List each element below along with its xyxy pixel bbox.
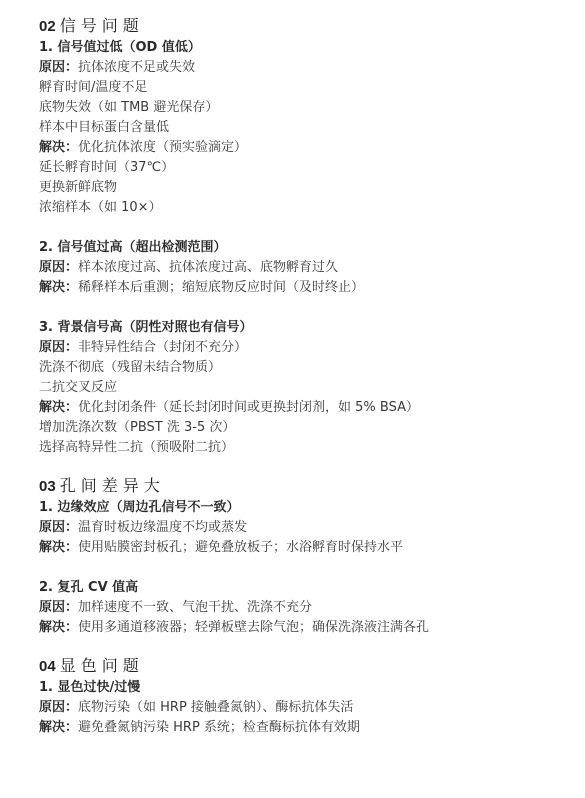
solution-label: 解决： — [39, 280, 78, 295]
cause-line: 原因：样本浓度过高、抗体浓度过高、底物孵育过久 — [39, 258, 585, 278]
cause-line: 原因：温育时板边缘温度不均或蒸发 — [39, 518, 585, 538]
spacer — [39, 218, 585, 238]
cause-line: 原因：抗体浓度不足或失效 — [39, 58, 585, 78]
item-heading: 2. 复孔 CV 值高 — [39, 578, 585, 598]
solution-text: 优化抗体浓度（预实验滴定） — [78, 140, 247, 155]
solution-line: 解决：优化封闭条件（延长封闭时间或更换封闭剂，如 5% BSA） — [39, 398, 585, 418]
item-heading: 1. 显色过快/过慢 — [39, 678, 585, 698]
section-number: 04 — [39, 658, 56, 675]
solution-text: 优化封闭条件（延长封闭时间或更换封闭剂，如 5% BSA） — [78, 400, 419, 415]
section-number: 03 — [39, 478, 56, 495]
cause-line: 原因：非特异性结合（封闭不充分） — [39, 338, 585, 358]
cause-line: 原因：底物污染（如 HRP 接触叠氮钠）、酶标抗体失活 — [39, 698, 585, 718]
solution-label: 解决： — [39, 140, 78, 155]
solution-text: 浓缩样本（如 10×） — [39, 198, 585, 218]
document: 02信号问题 1. 信号值过低（OD 值低） 原因：抗体浓度不足或失效 孵育时间… — [0, 0, 585, 738]
solution-text: 选择高特异性二抗（预吸附二抗） — [39, 438, 585, 458]
spacer — [39, 638, 585, 654]
solution-label: 解决： — [39, 620, 78, 635]
cause-text: 温育时板边缘温度不均或蒸发 — [78, 520, 247, 535]
cause-text: 二抗交叉反应 — [39, 378, 585, 398]
solution-label: 解决： — [39, 540, 78, 555]
solution-text: 更换新鲜底物 — [39, 178, 585, 198]
solution-line: 解决：避免叠氮钠污染 HRP 系统；检查酶标抗体有效期 — [39, 718, 585, 738]
section-title-text: 孔间差异大 — [60, 476, 165, 495]
solution-line: 解决：优化抗体浓度（预实验滴定） — [39, 138, 585, 158]
section-number: 02 — [39, 18, 56, 35]
cause-label: 原因： — [39, 520, 78, 535]
cause-text: 底物失效（如 TMB 避光保存） — [39, 98, 585, 118]
cause-text: 非特异性结合（封闭不充分） — [78, 340, 247, 355]
solution-text: 使用贴膜密封板孔；避免叠放板子；水浴孵育时保持水平 — [78, 540, 403, 555]
item-heading: 1. 信号值过低（OD 值低） — [39, 38, 585, 58]
spacer — [39, 298, 585, 318]
spacer — [39, 458, 585, 474]
spacer — [39, 558, 585, 578]
item-heading: 3. 背景信号高（阴性对照也有信号） — [39, 318, 585, 338]
cause-label: 原因： — [39, 600, 78, 615]
solution-text: 使用多通道移液器；轻弹板壁去除气泡；确保洗涤液注满各孔 — [78, 620, 429, 635]
cause-text: 洗涤不彻底（残留未结合物质） — [39, 358, 585, 378]
cause-text: 加样速度不一致、气泡干扰、洗涤不充分 — [78, 600, 312, 615]
solution-text: 避免叠氮钠污染 HRP 系统；检查酶标抗体有效期 — [78, 720, 360, 735]
cause-text: 样本浓度过高、抗体浓度过高、底物孵育过久 — [78, 260, 338, 275]
solution-text: 稀释样本后重测；缩短底物反应时间（及时终止） — [78, 280, 364, 295]
solution-label: 解决： — [39, 720, 78, 735]
section-title-04: 04显色问题 — [39, 654, 585, 678]
section-title-03: 03孔间差异大 — [39, 474, 585, 498]
section-title-02: 02信号问题 — [39, 14, 585, 38]
solution-label: 解决： — [39, 400, 78, 415]
cause-label: 原因： — [39, 700, 78, 715]
solution-text: 延长孵育时间（37℃） — [39, 158, 585, 178]
section-title-text: 显色问题 — [60, 656, 144, 675]
cause-text: 样本中目标蛋白含量低 — [39, 118, 585, 138]
item-heading: 1. 边缘效应（周边孔信号不一致） — [39, 498, 585, 518]
section-title-text: 信号问题 — [60, 16, 144, 35]
solution-line: 解决：使用贴膜密封板孔；避免叠放板子；水浴孵育时保持水平 — [39, 538, 585, 558]
solution-line: 解决：稀释样本后重测；缩短底物反应时间（及时终止） — [39, 278, 585, 298]
item-heading: 2. 信号值过高（超出检测范围） — [39, 238, 585, 258]
cause-text: 底物污染（如 HRP 接触叠氮钠）、酶标抗体失活 — [78, 700, 353, 715]
cause-label: 原因： — [39, 260, 78, 275]
solution-line: 解决：使用多通道移液器；轻弹板壁去除气泡；确保洗涤液注满各孔 — [39, 618, 585, 638]
cause-text: 抗体浓度不足或失效 — [78, 60, 195, 75]
cause-label: 原因： — [39, 340, 78, 355]
cause-label: 原因： — [39, 60, 78, 75]
cause-line: 原因：加样速度不一致、气泡干扰、洗涤不充分 — [39, 598, 585, 618]
cause-text: 孵育时间/温度不足 — [39, 78, 585, 98]
solution-text: 增加洗涤次数（PBST 洗 3-5 次） — [39, 418, 585, 438]
